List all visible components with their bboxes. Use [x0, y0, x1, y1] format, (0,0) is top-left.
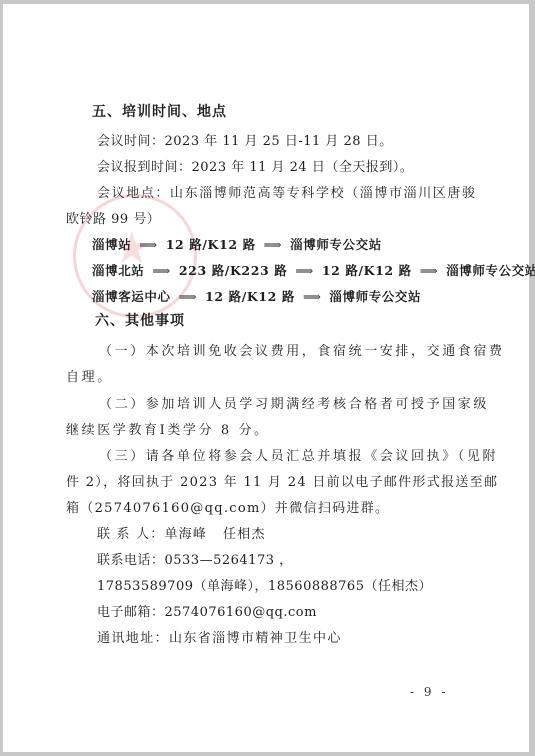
route-zibo-station: 淄博站 ⟹ 12 路/K12 路 ⟹ 淄博师专公交站	[92, 235, 382, 253]
arrow-icon: ⟹	[264, 237, 283, 252]
route-bus: 223 路/K223 路	[179, 263, 288, 278]
document-page: ★ 五、培训时间、地点 会议时间：2023 年 11 月 25 日-11 月 2…	[3, 4, 529, 752]
venue-line-1: 会议地点：山东淄博师范高等专科学校（淄博市淄川区唐骏	[97, 182, 477, 201]
item-2-line-2: 继续医学教育Ⅰ类学分 8 分。	[66, 419, 270, 438]
route-bus: 12 路/K12 路	[205, 289, 295, 304]
arrow-icon: ⟹	[420, 263, 439, 278]
item-1-line-2: 自理。	[66, 366, 113, 385]
arrow-icon: ⟹	[179, 289, 198, 304]
route-destination: 淄博师专公交站	[290, 237, 382, 252]
contact-mobiles: 17853589709（单海峰），18560888765（任相杰）	[97, 575, 432, 594]
arrow-icon: ⟹	[139, 237, 158, 252]
page-number: - 9 -	[410, 685, 448, 699]
route-bus: 12 路/K12 路	[166, 237, 256, 252]
route-bus: 12 路/K12 路	[322, 263, 412, 278]
route-destination: 淄博师专公交站	[329, 289, 421, 304]
item-3-line-3: 箱（2574076160@qq.com）并微信扫码进群。	[66, 497, 389, 516]
meeting-time: 会议时间：2023 年 11 月 25 日-11 月 28 日。	[97, 130, 393, 149]
contact-phone: 联系电话：0533—5264173 ，	[97, 549, 293, 568]
checkin-time: 会议报到时间：2023 年 11 月 24 日（全天报到）。	[97, 156, 413, 175]
route-zibo-north-station: 淄博北站 ⟹ 223 路/K223 路 ⟹ 12 路/K12 路 ⟹ 淄博师专公…	[92, 261, 535, 279]
item-3-line-1: （三）请各单位将参会人员汇总并填报《会议回执》（见附	[99, 445, 498, 464]
item-1-line-1: （一）本次培训免收会议费用，食宿统一安排，交通食宿费	[99, 340, 505, 359]
arrow-icon: ⟹	[152, 263, 171, 278]
contact-address: 通讯地址：山东省淄博市精神卫生中心	[97, 627, 342, 646]
section-6-heading: 六、其他事项	[95, 310, 185, 330]
arrow-icon: ⟹	[303, 289, 322, 304]
route-destination: 淄博师专公交站	[446, 263, 535, 278]
route-origin: 淄博北站	[92, 263, 144, 278]
contact-person: 联 系 人：单海峰 任相杰	[97, 523, 266, 542]
venue-line-2: 欧铃路 99 号）	[66, 208, 160, 227]
item-3-line-2: 件 2），将回执于 2023 年 11 月 24 日前以电子邮件形式报送至邮	[66, 471, 498, 490]
route-origin: 淄博站	[92, 237, 131, 252]
contact-email: 电子邮箱：2574076160@qq.com	[97, 601, 317, 620]
section-5-heading: 五、培训时间、地点	[92, 101, 227, 121]
route-origin: 淄博客运中心	[92, 289, 171, 304]
arrow-icon: ⟹	[295, 263, 314, 278]
item-2-line-1: （二）参加培训人员学习期满经考核合格者可授予国家级	[99, 393, 489, 412]
route-zibo-bus-center: 淄博客运中心 ⟹ 12 路/K12 路 ⟹ 淄博师专公交站	[92, 287, 421, 305]
